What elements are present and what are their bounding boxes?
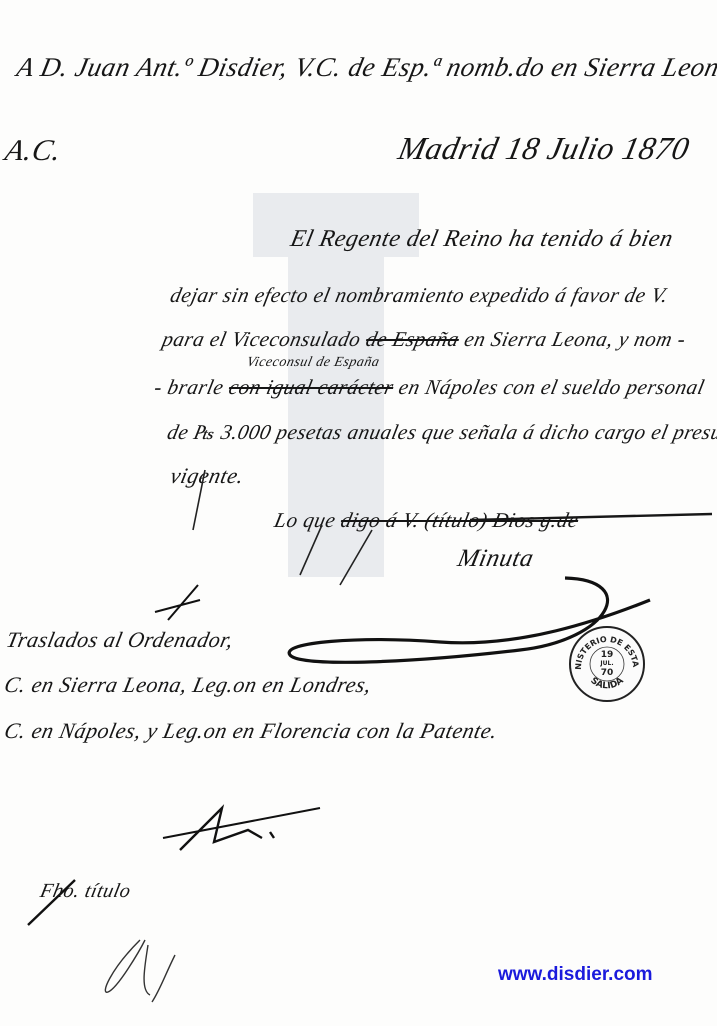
stamp-day: 19 bbox=[571, 650, 643, 660]
addressee-line: A D. Juan Ant.º Disdier, V.C. de Esp.ª n… bbox=[14, 52, 717, 83]
body-line-5: de ₧ 3.000 pesetas anuales que señala á … bbox=[165, 420, 717, 445]
body-line-4-insertion: Viceconsul de España bbox=[245, 355, 381, 371]
postmark-stamp: MINISTERIO DE ESTADO SALIDA 19 JUL. 70 bbox=[569, 626, 645, 702]
body-line-6: vigente. bbox=[168, 463, 247, 489]
body-line-3-before: para el Viceconsulado bbox=[160, 327, 363, 351]
body-line-4-before: - brarle bbox=[152, 375, 226, 399]
body-line-1: El Regente del Reino ha tenido á bien bbox=[288, 226, 675, 253]
closing-struck: digo á V. (título) Dios g.de bbox=[339, 508, 581, 532]
body-line-4: - brarle con igual carácter en Nápoles c… bbox=[152, 375, 707, 400]
body-line-3: para el Viceconsulado de España en Sierr… bbox=[160, 327, 688, 352]
fho-titulo-annotation: Fho. título bbox=[38, 880, 133, 903]
closing-line: Lo que digo á V. (título) Dios g.de bbox=[272, 508, 581, 533]
place-date: Madrid 18 Julio 1870 bbox=[395, 130, 693, 167]
body-line-2: dejar sin efecto el nombramiento expedid… bbox=[168, 283, 671, 308]
traslados-line-2: C. en Sierra Leona, Leg.on en Londres, bbox=[2, 672, 374, 698]
body-line-4-after: en Nápoles con el sueldo personal bbox=[397, 375, 707, 399]
closing-before: Lo que bbox=[272, 508, 338, 532]
svg-text:SALIDA: SALIDA bbox=[588, 676, 625, 692]
stamp-bottom-arc: SALIDA bbox=[588, 676, 625, 692]
stamp-year: 70 bbox=[571, 668, 643, 678]
body-line-3-struck: de España bbox=[364, 327, 462, 351]
traslados-line-1: Traslados al Ordenador, bbox=[4, 627, 236, 653]
minuta-label: Minuta bbox=[455, 545, 536, 573]
traslados-line-3: C. en Nápoles, y Leg.on en Florencia con… bbox=[2, 718, 500, 744]
margin-note: A.C. bbox=[2, 134, 65, 168]
stamp-month: JUL. bbox=[571, 660, 643, 667]
body-line-4-struck: con igual carácter bbox=[227, 375, 396, 399]
body-line-3-after: en Sierra Leona, y nom - bbox=[462, 327, 688, 351]
website-watermark: www.disdier.com bbox=[498, 964, 653, 986]
